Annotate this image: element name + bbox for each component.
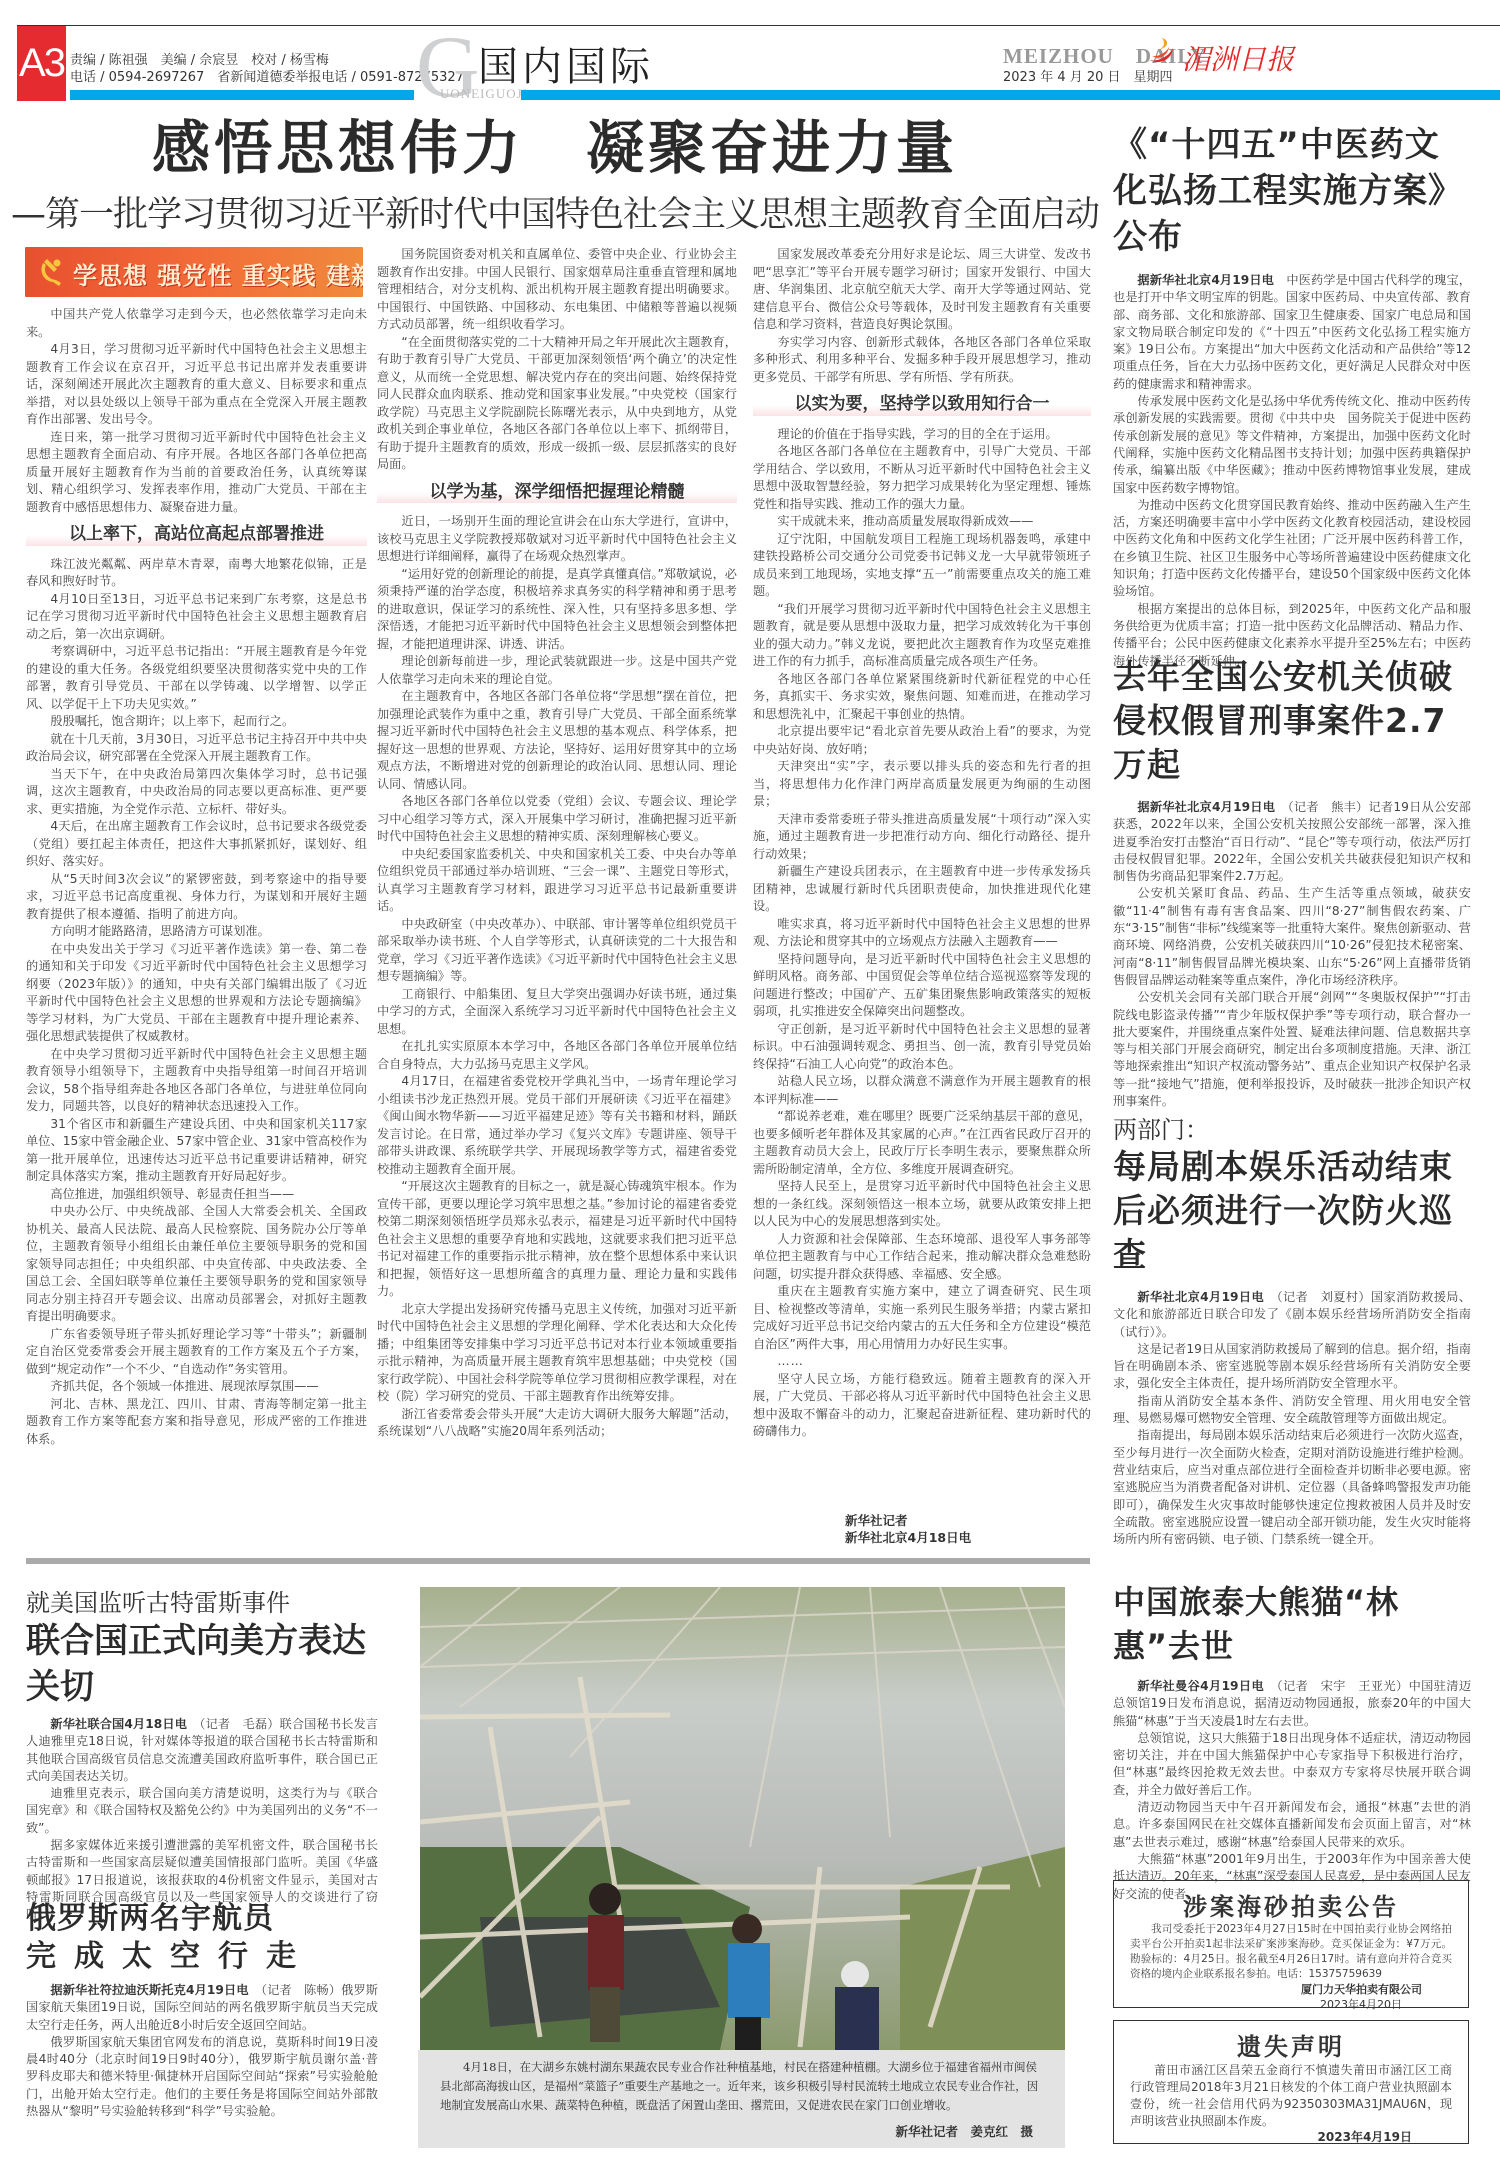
- spacewalk-headline-2: 完成太空行走: [26, 1938, 378, 1976]
- section-pinyin: UONEIGUOJI: [440, 86, 528, 102]
- paragraph: 重庆在主题教育实施方案中，建立了调查研究、民生项目、检视整改等清单，实施一系列民…: [753, 1283, 1091, 1353]
- photo-credit: 新华社记者 姜克红 摄: [895, 2122, 1033, 2140]
- auction-notice: 涉案海砂拍卖公告 我司受委托于2023年4月27日15时在中国拍卖行业协会网络拍…: [1113, 1880, 1469, 2008]
- paragraph: 就在十几天前，3月30日，习近平总书记主持召开中共中央政治局会议，研究部署在全党…: [26, 731, 367, 766]
- photo-caption: 4月18日，在大湖乡东姚村湖东果蔬农民专业合作社种植基地，村民在搭建种植棚。大湖…: [418, 2050, 1065, 2115]
- fire-headline: 每局剧本娱乐活动结束后必须进行一次防火巡查: [1113, 1145, 1471, 1277]
- paragraph: “在全面贯彻落实党的二十大精神开局之年开展此次主题教育，有助于教育引导广大党员、…: [377, 334, 737, 474]
- paragraph: 据新华社北京4月19日电 （记者 熊丰）记者19日从公安部获悉，2022年以来，…: [1113, 799, 1471, 885]
- paragraph: 新华社联合国4月18日电 （记者 毛磊）联合国秘书长发言人迪雅里克18日说，针对…: [26, 1716, 378, 1785]
- loss-notice: 遗失声明 莆田市涵江区昌荣五金商行不慎遗失莆田市涵江区工商行政管理局2018年3…: [1113, 2020, 1469, 2144]
- paragraph: 中央办公厅、中央统战部、全国人大常委会机关、全国政协机关、最高人民法院、最高人民…: [26, 1203, 367, 1326]
- header-bar-right: [521, 90, 1500, 100]
- section-subheading: 以实为要，坚持学以致用知行合一: [753, 394, 1091, 416]
- section-divider: [26, 1558, 1090, 1564]
- panda-headline: 中国旅泰大熊猫“林惠”去世: [1113, 1580, 1471, 1668]
- reporter-byline: （记者 熊丰）: [1288, 800, 1369, 814]
- paragraph: 实干成就未来，推动高质量发展取得新成效——: [753, 513, 1091, 531]
- paragraph: 各地区各部门各单位以党委（党组）会议、专题会议、理论学习中心组学习等方式，深入开…: [377, 793, 737, 846]
- auction-notice-date: 2023年4月20日: [1130, 1997, 1452, 2012]
- paragraph: “都说养老难，难在哪里？既要广泛采纳基层干部的意见，也要多倾听老年群体及其家属的…: [753, 1108, 1091, 1178]
- paragraph-text: 迪雅里克表示，联合国向美方清楚说明，这类行为与《联合国宪章》和《联合国特权及豁免…: [26, 1786, 378, 1835]
- paragraph: 31个省区市和新疆生产建设兵团、中央和国家机关117家单位、15家中管金融企业、…: [26, 1116, 367, 1186]
- tcm-headline: 《“十四五”中医药文化弘扬工程实施方案》公布: [1113, 122, 1471, 260]
- paragraph: 当天下午，在中央政治局第四次集体学习时，总书记强调，这次主题教育，中央政治局的同…: [26, 766, 367, 819]
- paragraph-text: 这是记者19日从国家消防救援局了解到的信息。据介绍，指南旨在明确剧本杀、密室逃脱…: [1113, 1342, 1471, 1391]
- paragraph: 各地区各部门各单位紧紧围绕新时代新征程党的中心任务，真抓实干、务求实效，聚焦问题…: [753, 671, 1091, 724]
- photo-caption-box: 4月18日，在大湖乡东姚村湖东果蔬农民专业合作社种植基地，村民在搭建种植棚。大湖…: [418, 2050, 1065, 2148]
- dateline: 据新华社北京4月19日电: [1137, 800, 1287, 814]
- dateline: 新华社联合国4月18日电: [50, 1717, 199, 1731]
- spacewalk-article: 俄罗斯两名宇航员 完成太空行走 据新华社符拉迪沃斯托克4月19日电 （记者 陈畅…: [26, 1900, 378, 2120]
- paragraph: 这是记者19日从国家消防救援局了解到的信息。据介绍，指南旨在明确剧本杀、密室逃脱…: [1113, 1341, 1471, 1393]
- panda-body: 新华社曼谷4月19日电 （记者 宋宇 王亚光）中国驻清迈总领馆19日发布消息说，…: [1113, 1678, 1471, 1903]
- paragraph: “开展这次主题教育的目标之一，就是凝心铸魂筑牢根本。作为宣传干部，更要以理论学习…: [377, 1178, 737, 1301]
- main-story-column-1: 中国共产党人依靠学习走到今天，也必然依靠学习走向未来。4月3日，学习贯彻习近平新…: [26, 306, 367, 1552]
- page-number-badge: A3: [17, 26, 66, 101]
- spacewalk-body: 据新华社符拉迪沃斯托克4月19日电 （记者 陈畅）俄罗斯国家航天集团19日说，国…: [26, 1982, 378, 2120]
- paragraph: 辽宁沈阳，中国航发项目工程施工现场机器轰鸣，承建中建铁投路桥公司交通分公司党委书…: [753, 531, 1091, 601]
- paragraph: 新华社曼谷4月19日电 （记者 宋宇 王亚光）中国驻清迈总领馆19日发布消息说，…: [1113, 1678, 1471, 1730]
- un-article: 就美国监听古特雷斯事件 联合国正式向美方表达关切 新华社联合国4月18日电 （记…: [26, 1583, 378, 1924]
- paragraph: 据新华社北京4月19日电 中医药学是中国古代科学的瑰宝，也是打开中华文明宝库的钥…: [1113, 272, 1471, 393]
- paragraph: 方向明才能路路清，思路清方可谋划准。: [26, 923, 367, 941]
- issue-date: 2023 年 4 月 20 日 星期四: [1003, 66, 1173, 85]
- section-subheading: 以上率下，高站位高起点部署推进: [26, 524, 367, 546]
- paragraph: 新华社北京4月19日电 （记者 刘夏村）国家消防救援局、文化和旅游部近日联合印发…: [1113, 1289, 1471, 1341]
- paragraph: 天津市委常委班子带头推进高质量发展“十项行动”深入实施，通过主题教育进一步把准行…: [753, 811, 1091, 864]
- auction-notice-body: 我司受委托于2023年4月27日15时在中国拍卖行业协会网络拍卖平台公开拍卖1起…: [1130, 1922, 1452, 1982]
- reporter-byline: （记者 陈畅）: [261, 1983, 341, 1997]
- dateline: 新华社北京4月19日电: [1137, 1290, 1276, 1304]
- banner-slogan: 学思想 强党性 重实践 建新功: [73, 256, 363, 291]
- paragraph: 理论创新每前进一步，理论武装就跟进一步。这是中国共产党人依靠学习走向未来的理论自…: [377, 653, 737, 688]
- main-story-column-2: 国务院国资委对机关和直属单位、委管中央企业、行业协会主题教育作出安排。中国人民银…: [377, 246, 737, 1552]
- paragraph: 在扎扎实实原原本本学习中，各地区各部门各单位开展单位结合自身特点，大力弘扬马克思…: [377, 1038, 737, 1073]
- main-story-column-3: 国家发展改革委充分用好求是论坛、周三大讲堂、发改书吧“思享汇”等平台开展专题学习…: [753, 246, 1091, 1526]
- paragraph: 在中央发出关于学习《习近平著作选读》第一卷、第二卷的通知和关于印发《习近平新时代…: [26, 941, 367, 1046]
- un-body: 新华社联合国4月18日电 （记者 毛磊）联合国秘书长发言人迪雅里克18日说，针对…: [26, 1716, 378, 1924]
- paragraph: 4月17日，在福建省委党校开学典礼当中，一场青年理论学习小组读书沙龙正热烈开展。…: [377, 1073, 737, 1178]
- reporter-byline: （记者 宋宇 王亚光）: [1277, 1679, 1409, 1693]
- paragraph: 指南从消防安全基本条件、消防安全管理、用火用电安全管理、易燃易爆可燃物安全管理、…: [1113, 1393, 1471, 1428]
- section-title: 国内国际: [478, 35, 654, 92]
- paragraph: 北京大学提出发扬研究传播马克思主义传统，加强对习近平新时代中国特色社会主义思想的…: [377, 1301, 737, 1406]
- paragraph-text: 清迈动物园当天中午召开新闻发布会，通报“林惠”去世的消息。许多泰国网民在社交媒体…: [1113, 1800, 1471, 1849]
- signature-reporter: 新华社记者: [845, 1512, 971, 1529]
- fire-kicker: 两部门：: [1113, 1110, 1471, 1145]
- paragraph-text: 总领馆说，这只大熊猫于18日出现身体不适症状，清迈动物园密切关注，并在中国大熊猫…: [1113, 1731, 1471, 1797]
- newspaper-logo-icon: [1148, 36, 1174, 66]
- paragraph-text: 指南从消防安全基本条件、消防安全管理、用火用电安全管理、易燃易爆可燃物安全管理、…: [1113, 1394, 1471, 1425]
- top-rule: [17, 25, 1500, 26]
- paragraph: 河北、吉林、黑龙江、四川、甘肃、青海等制定第一批主题教育工作方案等配套方案和指导…: [26, 1396, 367, 1449]
- section-subheading: 以学为基，深学细悟把握理论精髓: [377, 482, 737, 504]
- paragraph-text: 为推动中医药文化贯穿国民教育始终、推动中医药融入生产生活，方案还明确要丰富中小学…: [1113, 498, 1471, 598]
- paragraph: 广东省委领导班子带头抓好理论学习等“十带头”；新疆制定自治区党委常委会开展主题教…: [26, 1326, 367, 1379]
- police-body: 据新华社北京4月19日电 （记者 熊丰）记者19日从公安部获悉，2022年以来，…: [1113, 799, 1471, 1110]
- loss-notice-body: 莆田市涵江区昌荣五金商行不慎遗失莆田市涵江区工商行政管理局2018年3月21日核…: [1130, 2062, 1452, 2130]
- editor-credits: 责编 / 陈祖强 美编 / 佘宸昱 校对 / 杨雪梅 电话 / 0594-269…: [70, 52, 464, 86]
- loss-notice-date: 2023年4月19日: [1130, 2130, 1452, 2145]
- paragraph: 高位推进，加强组织领导、彰显责任担当——: [26, 1186, 367, 1204]
- paragraph: 从“5天时间3次会议”的紧锣密鼓，到考察途中的指导要求，习近平总书记高度重视、身…: [26, 871, 367, 924]
- paragraph: 各地区各部门各单位在主题教育中，引导广大党员、干部学用结合、学以致用，不断从习近…: [753, 443, 1091, 513]
- auction-notice-signer: 厦门力天华拍卖有限公司: [1130, 1982, 1452, 1997]
- paragraph: 珠江波光粼粼、两岸草木青翠，南粤大地繁花似锦，正是春风和煦好时节。: [26, 556, 367, 591]
- paragraph-text: 俄罗斯国家航天集团官网发布的消息说，莫斯科时间19日凌晨4时40分（北京时间19…: [26, 2035, 378, 2118]
- paragraph: 国家发展改革委充分用好求是论坛、周三大讲堂、发改书吧“思享汇”等平台开展专题学习…: [753, 246, 1091, 334]
- panda-article: 中国旅泰大熊猫“林惠”去世 新华社曼谷4月19日电 （记者 宋宇 王亚光）中国驻…: [1113, 1580, 1471, 1903]
- paragraph: 新疆生产建设兵团表示，在主题教育中进一步传承发扬兵团精神，忠诚履行新时代兵团职责…: [753, 863, 1091, 916]
- tcm-article: 《“十四五”中医药文化弘扬工程实施方案》公布 据新华社北京4月19日电 中医药学…: [1113, 122, 1471, 670]
- paragraph: 坚持人民至上，是贯穿习近平新时代中国特色社会主义思想的一条红线。深刻领悟这一根本…: [753, 1178, 1091, 1231]
- paragraph: “运用好党的创新理论的前提，是真学真懂真信。”郑敬斌说，必须秉持严谨的治学态度，…: [377, 566, 737, 654]
- un-kicker: 就美国监听古特雷斯事件: [26, 1583, 378, 1618]
- fire-safety-article: 两部门： 每局剧本娱乐活动结束后必须进行一次防火巡查 新华社北京4月19日电 （…: [1113, 1110, 1471, 1548]
- spacewalk-headline-1: 俄罗斯两名宇航员: [26, 1900, 378, 1938]
- paragraph: 据新华社符拉迪沃斯托克4月19日电 （记者 陈畅）俄罗斯国家航天集团19日说，国…: [26, 1982, 378, 2034]
- paragraph: 指南提出，每局剧本娱乐活动结束后必须进行一次防火巡查，至少每月进行一次全面防火检…: [1113, 1427, 1471, 1548]
- paragraph: 工商银行、中船集团、复旦大学突出强调办好读书班，通过集中学习的方式，全面深入系统…: [377, 986, 737, 1039]
- party-emblem-icon: [37, 255, 65, 287]
- police-headline: 去年全国公安机关侦破侵权假冒刑事案件2.7万起: [1113, 655, 1471, 787]
- paragraph: 4天后，在出席主题教育工作会议时，总书记要求各级党委（党组）要扛起主体责任，把这…: [26, 818, 367, 871]
- paragraph: 连日来，第一批学习贯彻习近平新时代中国特色社会主义思想主题教育全面启动、有序开展…: [26, 429, 367, 517]
- tcm-body: 据新华社北京4月19日电 中医药学是中国古代科学的瑰宝，也是打开中华文明宝库的钥…: [1113, 272, 1471, 670]
- paragraph: 站稳人民立场，以群众满意不满意作为开展主题教育的根本评判标准——: [753, 1073, 1091, 1108]
- paragraph: 人力资源和社会保障部、生态环境部、退役军人事务部等单位把主题教育与中心工作结合起…: [753, 1231, 1091, 1284]
- paragraph-text: 传承发展中医药文化是弘扬中华优秀传统文化、推动中医药传承创新发展的实践需要。贯彻…: [1113, 394, 1471, 494]
- paragraph: 考察调研中，习近平总书记指出：“开展主题教育是今年党的建设的重大任务。各级党组织…: [26, 643, 367, 713]
- paragraph: 守正创新，是习近平新时代中国特色社会主义思想的显著标识。中石油强调转观念、勇担当…: [753, 1021, 1091, 1074]
- dateline: 据新华社符拉迪沃斯托克4月19日电: [50, 1983, 261, 1997]
- paragraph: 在主题教育中，各地区各部门各单位将“学思想”摆在首位，把加强理论武装作为重中之重…: [377, 688, 737, 793]
- paragraph: 总领馆说，这只大熊猫于18日出现身体不适症状，清迈动物园密切关注，并在中国大熊猫…: [1113, 1730, 1471, 1799]
- main-subheadline: —第一批学习贯彻习近平新时代中国特色社会主义思想主题教育全面启动: [0, 190, 1110, 240]
- theme-banner: 学思想 强党性 重实践 建新功: [25, 247, 363, 297]
- farm-greenhouse-photo-icon: [420, 1587, 1065, 2050]
- paragraph: 在中央学习贯彻习近平新时代中国特色社会主义思想主题教育领导小组领导下，主题教育中…: [26, 1046, 367, 1116]
- reporter-byline: （记者 刘夏村）: [1277, 1290, 1371, 1304]
- fire-body: 新华社北京4月19日电 （记者 刘夏村）国家消防救援局、文化和旅游部近日联合印发…: [1113, 1289, 1471, 1548]
- loss-notice-title: 遗失声明: [1130, 2027, 1452, 2062]
- paragraph: 中国共产党人依靠学习走到今天，也必然依靠学习走向未来。: [26, 306, 367, 341]
- paragraph: 中央政研室（中央改革办）、中联部、审计署等单位组织党员干部采取举办读书班、个人自…: [377, 916, 737, 986]
- paragraph: 俄罗斯国家航天集团官网发布的消息说，莫斯科时间19日凌晨4时40分（北京时间19…: [26, 2034, 378, 2120]
- dateline: 新华社曼谷4月19日电: [1137, 1679, 1276, 1693]
- masthead-chinese: 湄洲日报: [1182, 38, 1294, 78]
- paragraph: 浙江省委常委会带头开展“大走访大调研大服务大解题”活动，系统谋划“八八战略”实施…: [377, 1406, 737, 1441]
- police-article: 去年全国公安机关侦破侵权假冒刑事案件2.7万起 据新华社北京4月19日电 （记者…: [1113, 655, 1471, 1110]
- paragraph: 齐抓共促，各个领域一体推进、展现浓厚氛围——: [26, 1378, 367, 1396]
- story-signature: 新华社记者 新华社北京4月18日电: [845, 1512, 971, 1546]
- dateline: 据新华社北京4月19日电: [1137, 273, 1286, 287]
- header-bar-left: [70, 90, 414, 100]
- paragraph: 清迈动物园当天中午召开新闻发布会，通报“林惠”去世的消息。许多泰国网民在社交媒体…: [1113, 1799, 1471, 1851]
- paragraph-text: 指南提出，每局剧本娱乐活动结束后必须进行一次防火巡查，至少每月进行一次全面防火检…: [1113, 1428, 1471, 1546]
- paragraph: 殷殷嘱托，饱含期许；以上率下，起而行之。: [26, 713, 367, 731]
- paragraph: 4月3日，学习贯彻习近平新时代中国特色社会主义思想主题教育工作会议在京召开，习近…: [26, 341, 367, 429]
- paragraph-text: 中医药学是中国古代科学的瑰宝，也是打开中华文明宝库的钥匙。国家中医药局、中央宣传…: [1113, 273, 1471, 391]
- paragraph: 近日，一场别开生面的理论宣讲会在山东大学进行，宣讲中，该校马克思主义学院教授郑敬…: [377, 513, 737, 566]
- auction-notice-title: 涉案海砂拍卖公告: [1130, 1887, 1452, 1922]
- paragraph: 公安机关紧盯食品、药品、生产生活等重点领域，破获安徽“11·4”制售有毒有害食品…: [1113, 885, 1471, 989]
- un-headline: 联合国正式向美方表达关切: [26, 1618, 378, 1710]
- paragraph: 迪雅里克表示，联合国向美方清楚说明，这类行为与《联合国宪章》和《联合国特权及豁免…: [26, 1785, 378, 1837]
- paragraph: 坚守人民立场，方能行稳致远。随着主题教育的深入开展，广大党员、干部必将从习近平新…: [753, 1371, 1091, 1441]
- paragraph: 为推动中医药文化贯穿国民教育始终、推动中医药融入生产生活，方案还明确要丰富中小学…: [1113, 497, 1471, 601]
- paragraph: 中央纪委国家监委机关、中央和国家机关工委、中央台办等单位组织党员干部通过举办培训…: [377, 846, 737, 916]
- paragraph: 坚持问题导向，是习近平新时代中国特色社会主义思想的鲜明风格。商务部、中国贸促会等…: [753, 951, 1091, 1021]
- paragraph: 天津突出“实”字，表示要以排头兵的姿态和先行者的担当，将思想伟力化作津门两岸高质…: [753, 758, 1091, 811]
- paragraph: 夯实学习内容、创新形式载体，各地区各部门各单位采取多种形式、利用多种平台、发掘多…: [753, 334, 1091, 387]
- reporter-byline: （记者 毛磊）: [199, 1717, 279, 1731]
- editor-names: 责编 / 陈祖强 美编 / 佘宸昱 校对 / 杨雪梅: [70, 52, 464, 69]
- paragraph: 北京提出要牢记“看北京首先要从政治上看”的要求，为党中央站好岗、放好哨；: [753, 723, 1091, 758]
- paragraph: 4月10日至13日，习近平总书记来到广东考察，这是总书记在学习贯彻习近平新时代中…: [26, 591, 367, 644]
- editor-phones: 电话 / 0594-2697267 省新闻道德委举报电话 / 0591-8727…: [70, 69, 464, 86]
- paragraph: 理论的价值在于指导实践，学习的目的全在于运用。: [753, 426, 1091, 444]
- paragraph: 公安机关会同有关部门联合开展“剑网”“冬奥版权保护”“打击院线电影盗录传播”“青…: [1113, 989, 1471, 1110]
- paragraph: ……: [753, 1353, 1091, 1371]
- news-photo: [420, 1587, 1065, 2050]
- main-headline: 感悟思想伟力 凝聚奋进力量: [0, 113, 1110, 183]
- signature-dateline: 新华社北京4月18日电: [845, 1529, 971, 1546]
- paragraph-text: 公安机关会同有关部门联合开展“剑网”“冬奥版权保护”“打击院线电影盗录传播”“青…: [1113, 990, 1471, 1108]
- paragraph-text: 公安机关紧盯食品、药品、生产生活等重点领域，破获安徽“11·4”制售有毒有害食品…: [1113, 886, 1471, 986]
- paragraph: 唯实求真，将习近平新时代中国特色社会主义思想的世界观、方法论和贯穿其中的立场观点…: [753, 916, 1091, 951]
- paragraph: 传承发展中医药文化是弘扬中华优秀传统文化、推动中医药传承创新发展的实践需要。贯彻…: [1113, 393, 1471, 497]
- paragraph: “我们开展学习贯彻习近平新时代中国特色社会主义思想主题教育，就是要从思想中汲取力…: [753, 601, 1091, 671]
- paragraph: 国务院国资委对机关和直属单位、委管中央企业、行业协会主题教育作出安排。中国人民银…: [377, 246, 737, 334]
